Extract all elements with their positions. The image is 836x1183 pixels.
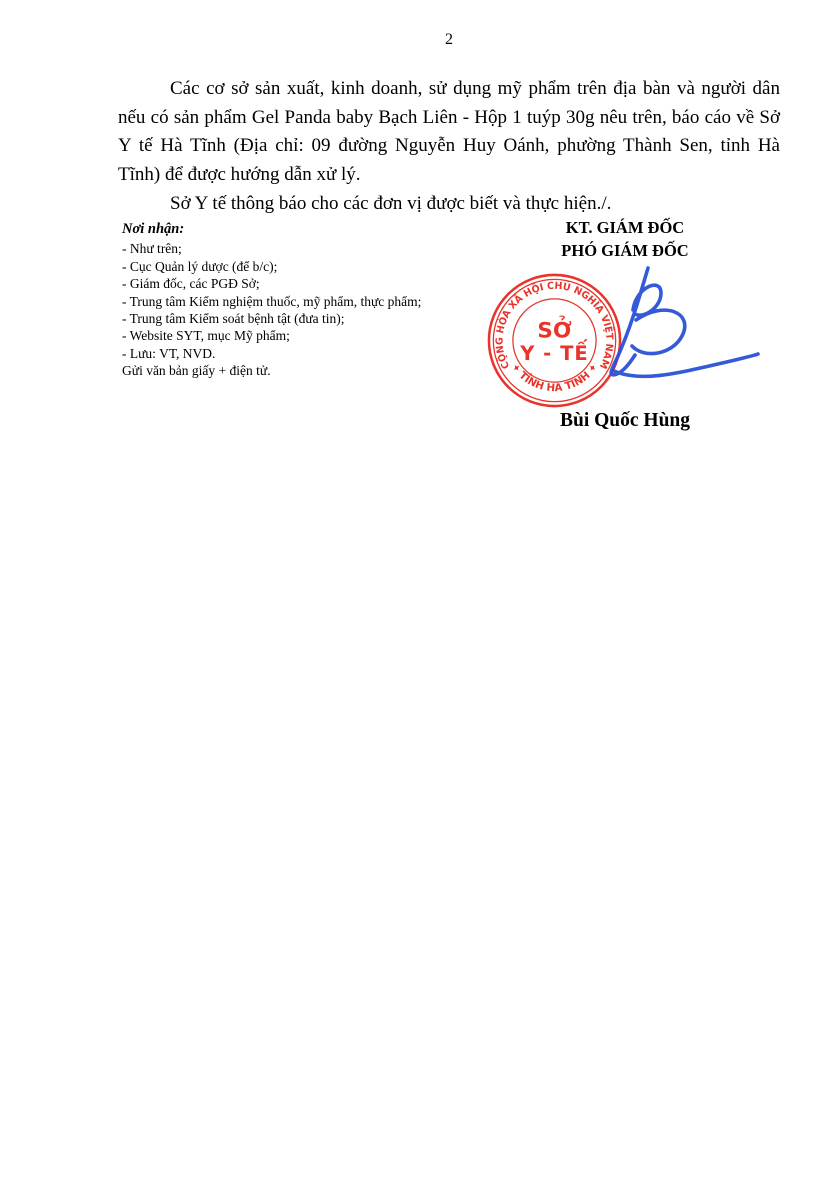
signature-ink: [585, 257, 765, 389]
body-paragraph-2: Sở Y tế thông báo cho các đơn vị được bi…: [118, 190, 780, 219]
recipients-note: Gửi văn bản giấy + điện tử.: [122, 362, 482, 379]
recipient-item: - Trung tâm Kiểm soát bệnh tật (đưa tin)…: [122, 310, 482, 327]
signature-stroke-lower-loop: [632, 310, 685, 353]
signer-name: Bùi Quốc Hùng: [495, 410, 755, 432]
signer-title-line-1: KT. GIÁM ĐỐC: [495, 216, 755, 239]
signer-title-block: KT. GIÁM ĐỐC PHÓ GIÁM ĐỐC: [495, 216, 755, 262]
recipients-heading: Nơi nhận:: [122, 221, 482, 238]
page-number: 2: [118, 31, 780, 49]
recipients-block: Nơi nhận: - Như trên; - Cục Quản lý dược…: [122, 221, 482, 380]
recipient-item: - Giám đốc, các PGĐ Sở;: [122, 275, 482, 292]
recipient-item: - Trung tâm Kiểm nghiệm thuốc, mỹ phẩm, …: [122, 293, 482, 310]
body-paragraph-1: Các cơ sở sản xuất, kinh doanh, sử dụng …: [118, 75, 780, 189]
document-page: 2 Các cơ sở sản xuất, kinh doanh, sử dụn…: [0, 0, 836, 1183]
recipient-item: - Cục Quản lý dược (để b/c);: [122, 258, 482, 275]
recipient-item: - Lưu: VT, NVD.: [122, 345, 482, 362]
recipient-item: - Website SYT, mục Mỹ phẩm;: [122, 327, 482, 344]
signature-stroke-descender: [611, 268, 648, 375]
seal-center-line-1: SỞ: [537, 316, 571, 344]
recipient-item: - Như trên;: [122, 240, 482, 257]
seal-center-line-2: Y - TẾ: [519, 339, 589, 365]
